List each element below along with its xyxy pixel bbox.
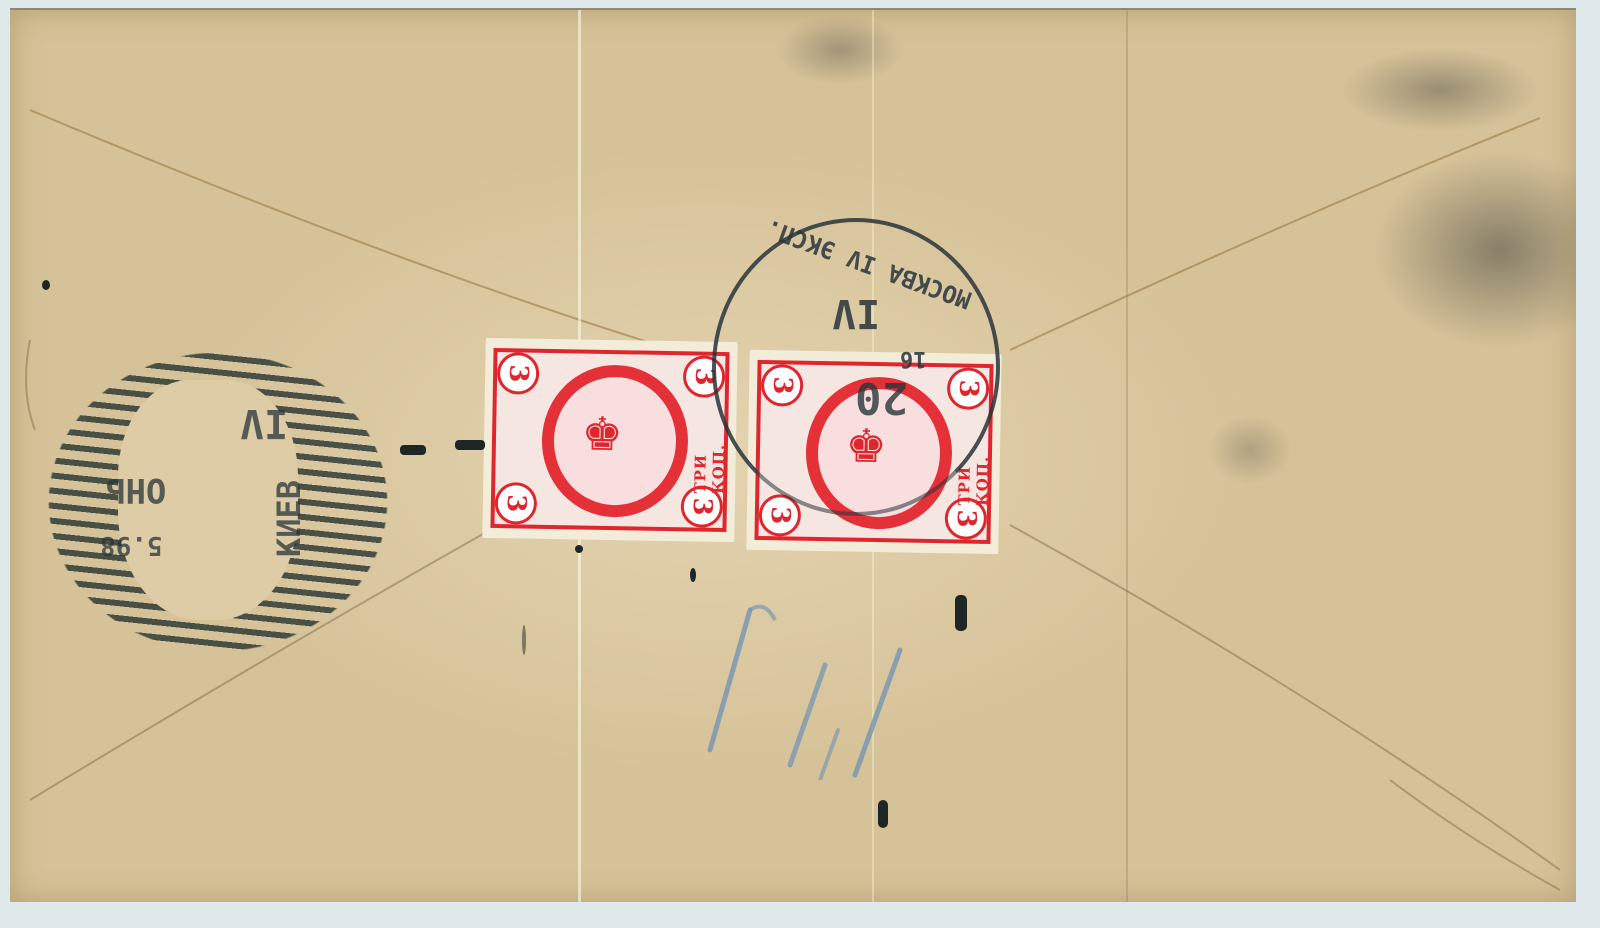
postage-stamp: ♚ 3 3 3 3 ТРИ КОП. bbox=[482, 338, 737, 542]
postmark-day: 20 bbox=[855, 372, 908, 423]
postmark-text: IV bbox=[240, 400, 288, 446]
ink-mark bbox=[42, 280, 50, 290]
postmark-text: ОНЬ bbox=[105, 470, 166, 510]
ink-mark bbox=[955, 595, 967, 631]
postmark-month: IV bbox=[832, 290, 880, 336]
stamp-value-text: ТРИ КОП. bbox=[691, 403, 717, 493]
postmark-text: 5.98 bbox=[100, 530, 163, 560]
ink-mark bbox=[575, 545, 583, 553]
postmark-text: КИЕВ bbox=[270, 480, 308, 557]
pencil-annotation bbox=[690, 580, 920, 780]
ink-mark bbox=[455, 440, 485, 450]
paper-crease bbox=[1126, 10, 1128, 902]
double-headed-eagle-icon: ♚ bbox=[572, 399, 633, 468]
ink-mark bbox=[522, 625, 526, 655]
postmark-fragment: 16 bbox=[900, 346, 927, 371]
ink-mark bbox=[878, 800, 888, 828]
ink-mark bbox=[400, 445, 426, 455]
